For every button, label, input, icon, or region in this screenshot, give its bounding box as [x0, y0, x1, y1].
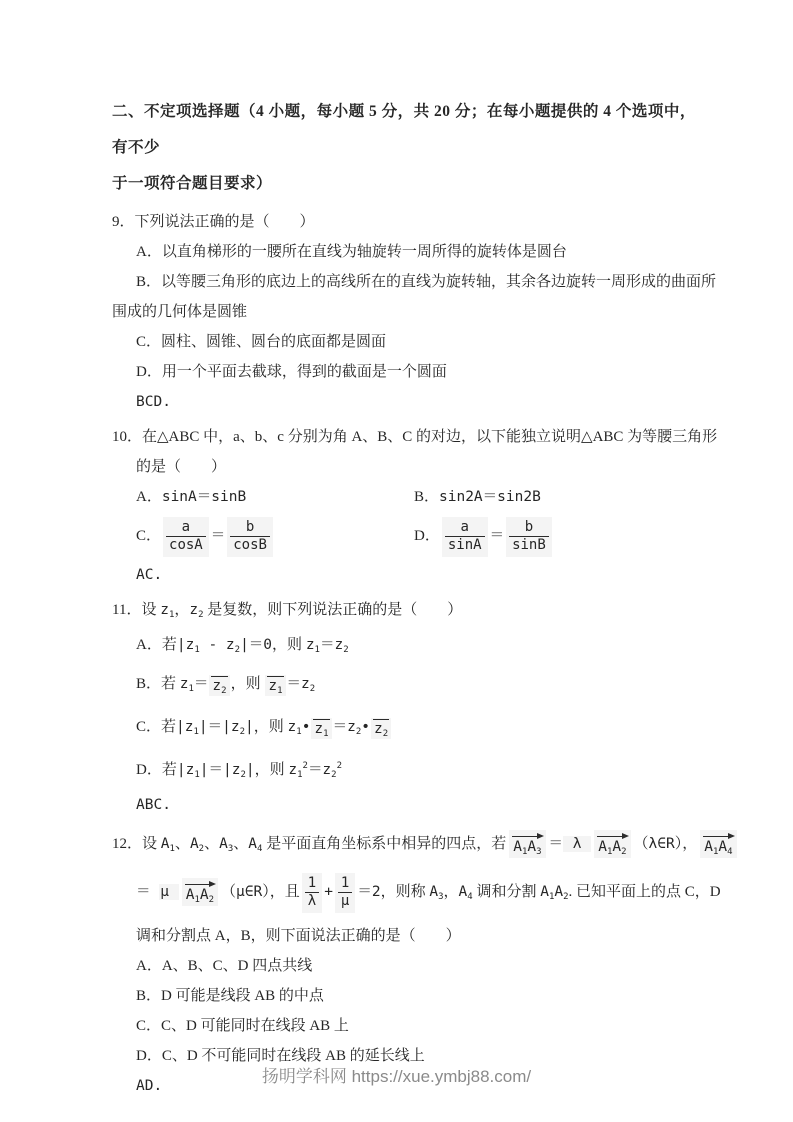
fraction-numerator: 1 — [305, 875, 319, 894]
math-text: ＝2 — [357, 884, 380, 900]
math-text: μ∈R — [236, 884, 262, 900]
subscript: 2 — [310, 684, 315, 694]
text-run: （ — [221, 884, 236, 900]
math-text: AC. — [136, 567, 162, 583]
question-12: 12．设 A1、A2、A3、A4 是平面直角坐标系中相异的四点，若A1A3＝ λ… — [112, 825, 697, 1101]
option-cell-right: D．asinA＝bsinB — [414, 512, 697, 560]
footer-watermark: 扬明学科网 https://xue.ymbj88.com/ — [0, 1062, 793, 1087]
math-text: A — [459, 884, 468, 900]
text-run: 、 — [175, 836, 190, 852]
text-run: 调和分割 — [473, 884, 541, 900]
math-expression: λ — [563, 836, 591, 852]
text-run: C． — [136, 528, 161, 544]
fraction-denominator: sinB — [509, 537, 549, 555]
question-line: 调和分割点 A，B，则下面说法正确的是（ ） — [112, 921, 697, 951]
question-line: ＝ μ A1A2（μ∈R），且1λ+1μ＝2，则称 A3，A4 调和分割 A1A… — [112, 868, 697, 921]
text-run: ，则 — [254, 719, 288, 735]
fraction: 1λ — [302, 873, 322, 913]
fraction-denominator: sinA — [445, 537, 485, 555]
fraction: 1μ — [335, 873, 355, 913]
fraction: bsinB — [506, 517, 552, 557]
text-run: 11．设 — [112, 602, 160, 618]
question-line: 11．设 z1，z2 是复数，则下列说法正确的是（ ） — [112, 595, 697, 630]
text-run: B．D 可能是线段 AB 的中点 — [136, 988, 324, 1004]
text-run: C．C、D 可能同时在线段 AB 上 — [136, 1018, 349, 1034]
math-text: |z — [177, 762, 194, 778]
fraction-denominator: cosA — [166, 537, 206, 555]
fraction-denominator: cosB — [230, 537, 270, 555]
answer-line: ABC. — [112, 790, 697, 820]
math-text: ＝z — [308, 762, 331, 778]
text-run: A． — [136, 489, 162, 505]
fraction-denominator: λ — [305, 893, 319, 911]
text-run: . 已知平面上的点 C，D — [569, 884, 721, 900]
exam-page: { "page": { "footer": "扬明学科网 https://xue… — [0, 0, 793, 1122]
text-run: D． — [414, 528, 440, 544]
conjugate-overline: z2 — [209, 675, 229, 696]
answer-line: BCD. — [112, 387, 697, 417]
math-text: ＝z — [333, 719, 356, 735]
text-run: 10．在△ABC 中，a、b、c 分别为角 A、B、C 的对边，以下能独立说明△… — [112, 429, 717, 445]
question-line: C．若|z1|＝|z2|，则 z1•z1＝z2•z2 — [112, 708, 697, 751]
math-text: |＝|z — [200, 762, 241, 778]
subscript: 4 — [727, 847, 732, 857]
subscript: 1 — [323, 729, 328, 739]
math-text: |＝0 — [240, 637, 272, 653]
math-text: A — [612, 839, 621, 855]
math-text: A — [527, 839, 536, 855]
fraction: bcosB — [227, 517, 273, 557]
text-run: C．若 — [136, 719, 176, 735]
question-line: A．sinA＝sinBB．sin2A＝sin2B — [112, 482, 697, 512]
math-text: BCD. — [136, 394, 171, 410]
question-line: 的是（ ） — [112, 452, 697, 482]
text-run: A．若 — [136, 637, 177, 653]
fraction-numerator: b — [509, 519, 549, 538]
question-9: 9．下列说法正确的是（ ）A．以直角梯形的一腰所在直线为轴旋转一周所得的旋转体是… — [112, 207, 697, 417]
subscript: 2 — [209, 895, 214, 905]
option-cell-left: A．sinA＝sinB — [112, 482, 414, 512]
text-run: ，则 — [231, 676, 265, 692]
conjugate-overline: z2 — [371, 718, 391, 739]
question-line: B．D 可能是线段 AB 的中点 — [112, 981, 697, 1011]
math-text: - z — [200, 637, 235, 653]
math-text: z — [306, 637, 315, 653]
math-text: ＝ — [490, 528, 505, 544]
math-text: A — [554, 884, 563, 900]
math-expression: μ — [159, 884, 178, 900]
question-line: D．用一个平面去截球，得到的截面是一个圆面 — [112, 357, 697, 387]
math-text: A — [190, 836, 199, 852]
question-line: 围成的几何体是圆锥 — [112, 297, 697, 327]
math-text: A — [598, 839, 607, 855]
option-cell-right: B．sin2A＝sin2B — [414, 482, 697, 512]
superscript: 2 — [337, 761, 342, 771]
exam-content: 二、不定项选择题（4 小题，每小题 5 分，共 20 分；在每小题提供的 4 个… — [112, 94, 697, 1103]
subscript: 2 — [331, 770, 336, 780]
math-text: ＝ — [136, 884, 159, 900]
math-text: ＝z — [320, 637, 343, 653]
text-run: ， — [444, 884, 459, 900]
questions-container: 9．下列说法正确的是（ ）A．以直角梯形的一腰所在直线为轴旋转一周所得的旋转体是… — [112, 207, 697, 1101]
option-cell-left: C．acosA＝bcosB — [112, 512, 414, 560]
math-text: z — [268, 678, 277, 694]
question-11: 11．设 z1，z2 是复数，则下列说法正确的是（ ）A．若|z1 - z2|＝… — [112, 595, 697, 820]
text-run: 的是（ ） — [136, 459, 226, 475]
question-line: 9．下列说法正确的是（ ） — [112, 207, 697, 237]
fraction-numerator: a — [445, 519, 485, 538]
text-run: ，则 — [272, 637, 306, 653]
math-text: z — [160, 602, 169, 618]
text-run: C．圆柱、圆锥、圆台的底面都是圆面 — [136, 334, 386, 350]
text-run: B．以等腰三角形的底边上的高线所在的直线为旋转轴，其余各边旋转一周形成的曲面所 — [136, 274, 716, 290]
question-line: B．以等腰三角形的底边上的高线所在的直线为旋转轴，其余各边旋转一周形成的曲面所 — [112, 267, 697, 297]
math-text: sin2A＝sin2B — [439, 489, 541, 505]
text-run: （ — [634, 836, 649, 852]
text-run: B．若 — [136, 676, 180, 692]
question-line: 10．在△ABC 中，a、b、c 分别为角 A、B、C 的对边，以下能独立说明△… — [112, 422, 697, 452]
question-line: A．以直角梯形的一腰所在直线为轴旋转一周所得的旋转体是圆台 — [112, 237, 697, 267]
fraction-denominator: μ — [338, 893, 352, 911]
text-run: D．若 — [136, 762, 177, 778]
question-line: A．A、B、C、D 四点共线 — [112, 951, 697, 981]
section-title-line2: 于一项符合题目要求） — [112, 166, 697, 202]
subscript: 1 — [297, 770, 302, 780]
math-text: A — [200, 887, 209, 903]
math-text: A — [161, 836, 170, 852]
text-run: D．用一个平面去截球，得到的截面是一个圆面 — [136, 364, 447, 380]
section-title-line1: 二、不定项选择题（4 小题，每小题 5 分，共 20 分；在每小题提供的 4 个… — [112, 94, 697, 166]
vector-arrow-overline: A1A4 — [700, 830, 736, 858]
fraction: asinA — [442, 517, 488, 557]
question-line: D．若|z1|＝|z2|，则 z12＝z22 — [112, 751, 697, 790]
subscript: 1 — [277, 686, 282, 696]
fraction-numerator: b — [230, 519, 270, 538]
text-run: 12．设 — [112, 836, 161, 852]
text-run: ，则 — [255, 762, 289, 778]
vector-arrow-overline: A1A2 — [594, 830, 630, 858]
math-text: • — [361, 719, 370, 735]
subscript: 2 — [343, 645, 348, 655]
question-line: C．圆柱、圆锥、圆台的底面都是圆面 — [112, 327, 697, 357]
math-text: |z — [177, 637, 194, 653]
vector-arrow-overline: A1A2 — [182, 878, 218, 906]
math-text: A — [248, 836, 257, 852]
text-run: ）， — [675, 836, 698, 852]
math-text: A — [704, 839, 713, 855]
subscript: 2 — [383, 729, 388, 739]
math-text: A — [540, 884, 549, 900]
text-run: 调和分割点 A，B，则下面说法正确的是（ ） — [136, 928, 461, 944]
fraction: acosA — [163, 517, 209, 557]
math-text: ＝ — [194, 676, 209, 692]
conjugate-overline: z1 — [311, 718, 331, 739]
text-run: A．A、B、C、D 四点共线 — [136, 958, 312, 974]
math-text: ＝ — [549, 836, 564, 852]
answer-line: AC. — [112, 560, 697, 590]
question-line: B．若 z1＝z2，则 z1＝z2 — [112, 665, 697, 708]
text-run: B． — [414, 489, 439, 505]
question-line: C．acosA＝bcosBD．asinA＝bsinB — [112, 512, 697, 560]
math-text: z — [288, 762, 297, 778]
math-text: z — [288, 719, 297, 735]
subscript: 2 — [621, 847, 626, 857]
math-text: A — [718, 839, 727, 855]
fraction-numerator: 1 — [338, 875, 352, 894]
conjugate-overline: z1 — [265, 675, 285, 696]
text-run: 、 — [204, 836, 219, 852]
math-text: A — [219, 836, 228, 852]
math-text: | — [245, 719, 254, 735]
math-text: z — [314, 721, 323, 737]
math-text: • — [302, 719, 311, 735]
vector-arrow-overline: A1A3 — [509, 830, 545, 858]
question-line: C．C、D 可能同时在线段 AB 上 — [112, 1011, 697, 1041]
text-run: 9．下列说法正确的是（ ） — [112, 214, 315, 230]
math-text: z — [189, 602, 198, 618]
math-text: ＝z — [287, 676, 310, 692]
math-text: | — [246, 762, 255, 778]
math-text: sinA＝sinB — [162, 489, 246, 505]
question-10: 10．在△ABC 中，a、b、c 分别为角 A、B、C 的对边，以下能独立说明△… — [112, 422, 697, 590]
math-text: A — [513, 839, 522, 855]
math-text: A — [429, 884, 438, 900]
math-text: + — [324, 884, 333, 900]
math-text: |z — [176, 719, 193, 735]
text-run: 围成的几何体是圆锥 — [112, 304, 247, 320]
text-run: 是复数，则下列说法正确的是（ ） — [204, 602, 463, 618]
math-text: |＝|z — [199, 719, 240, 735]
subscript: 3 — [536, 847, 541, 857]
text-run: A．以直角梯形的一腰所在直线为轴旋转一周所得的旋转体是圆台 — [136, 244, 567, 260]
math-text: ABC. — [136, 797, 171, 813]
text-run: ， — [174, 602, 189, 618]
math-text: z — [212, 678, 221, 694]
math-text: z — [374, 721, 383, 737]
text-run: 、 — [233, 836, 248, 852]
math-text: ＝ — [211, 528, 226, 544]
question-line: A．若|z1 - z2|＝0，则 z1＝z2 — [112, 630, 697, 665]
question-line: 12．设 A1、A2、A3、A4 是平面直角坐标系中相异的四点，若A1A3＝ λ… — [112, 825, 697, 868]
fraction-numerator: a — [166, 519, 206, 538]
text-run: ，则称 — [381, 884, 430, 900]
text-run: 是平面直角坐标系中相异的四点，若 — [262, 836, 506, 852]
math-text: z — [180, 676, 189, 692]
subscript: 2 — [221, 686, 226, 696]
text-run: ），且 — [262, 884, 300, 900]
math-text: λ∈R — [649, 836, 675, 852]
